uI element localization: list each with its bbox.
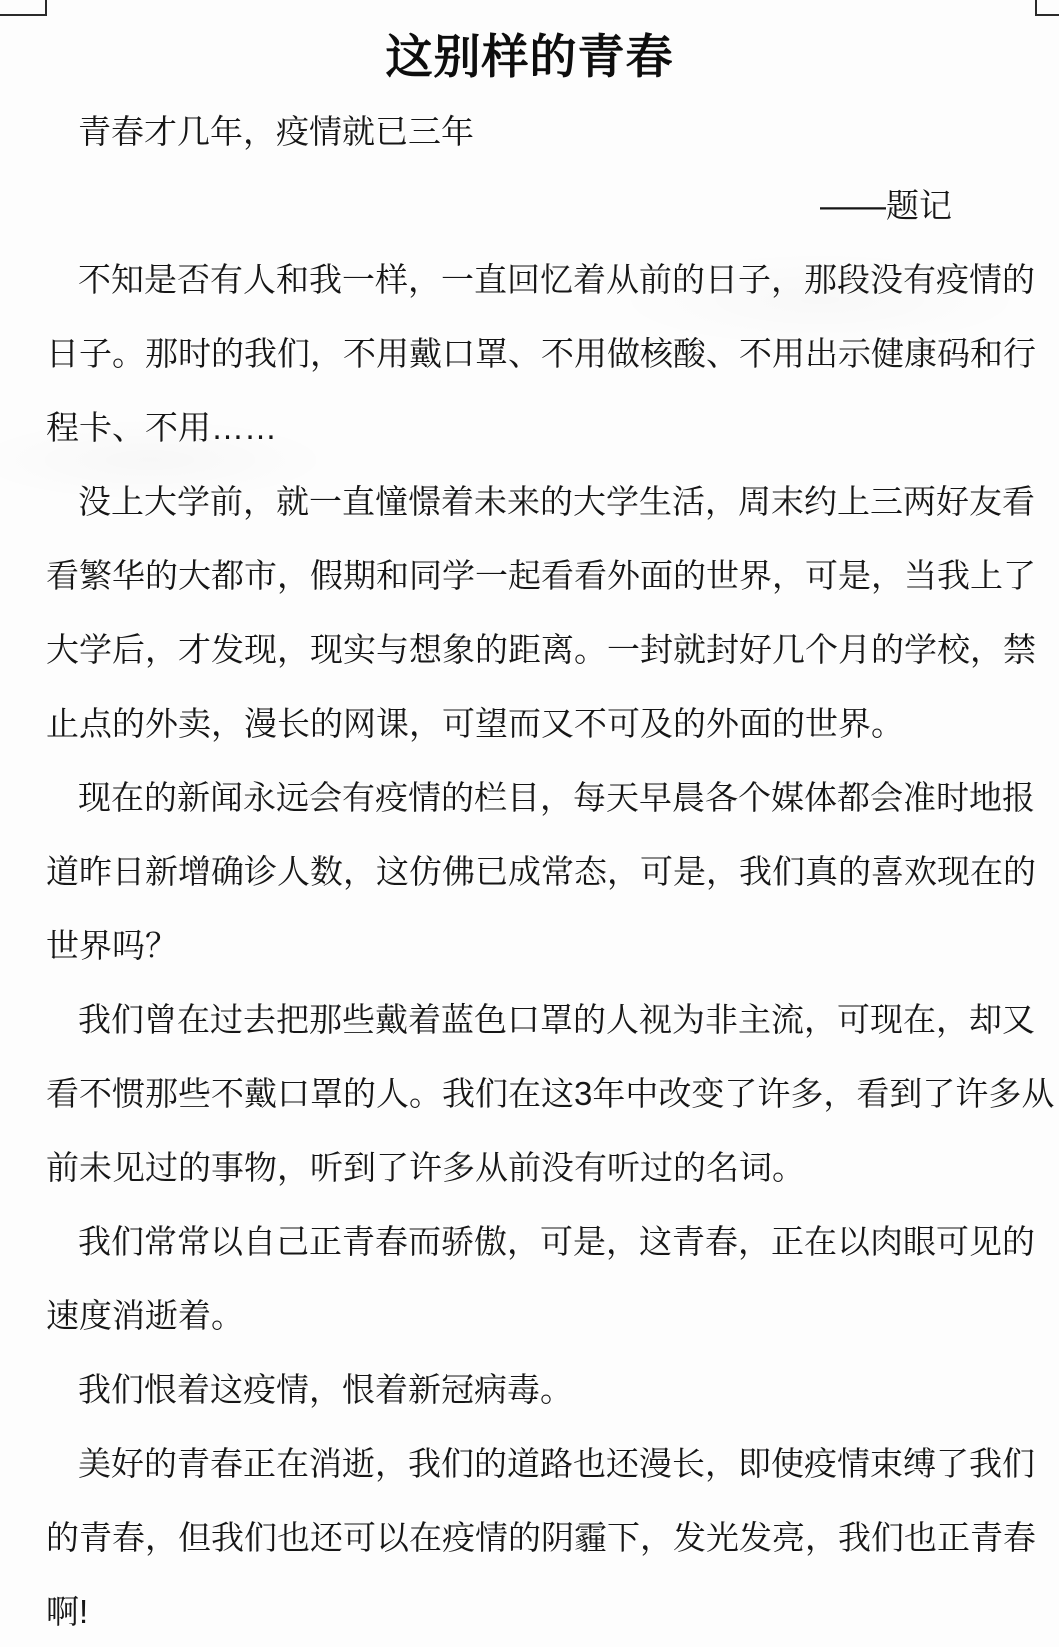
essay-line: 止点的外卖，漫长的网课，可望而又不可及的外面的世界。: [46, 687, 1036, 761]
essay-line: 的青春，但我们也还可以在疫情的阴霾下，发光发亮，我们也正青春: [46, 1501, 1036, 1575]
epigraph-text: 青春才几年，疫情就已三年: [46, 95, 1036, 169]
essay-line: 不知是否有人和我一样，一直回忆着从前的日子，那段没有疫情的: [46, 243, 1036, 317]
essay-line: 我们恨着这疫情，恨着新冠病毒。: [46, 1353, 1036, 1427]
essay-line: 日子。那时的我们，不用戴口罩、不用做核酸、不用出示健康码和行: [46, 317, 1036, 391]
essay-line: 世界吗？: [46, 909, 1036, 983]
epigraph-signature: ——题记: [46, 169, 1036, 243]
essay-line: 美好的青春正在消逝，我们的道路也还漫长，即使疫情束缚了我们: [46, 1427, 1036, 1501]
essay-body: 青春才几年，疫情就已三年 ——题记 不知是否有人和我一样，一直回忆着从前的日子，…: [46, 95, 1036, 1647]
essay-line: 没上大学前，就一直憧憬着未来的大学生活，周末约上三两好友看: [46, 465, 1036, 539]
essay-title: 这别样的青春: [0, 20, 1059, 94]
essay-line: 我们常常以自己正青春而骄傲，可是，这青春，正在以肉眼可见的: [46, 1205, 1036, 1279]
essay-line: 前未见过的事物，听到了许多从前没有听过的名词。: [46, 1131, 1036, 1205]
essay-line: 大学后，才发现，现实与想象的距离。一封就封好几个月的学校，禁: [46, 613, 1036, 687]
essay-line: 看繁华的大都市，假期和同学一起看看外面的世界，可是，当我上了: [46, 539, 1036, 613]
essay-line: 啊!: [46, 1575, 1036, 1647]
essay-page: 这别样的青春 青春才几年，疫情就已三年 ——题记 不知是否有人和我一样，一直回忆…: [0, 0, 1059, 1647]
page-corner-mark-top-right: [1035, 0, 1059, 16]
essay-line: 程卡、不用……: [46, 391, 1036, 465]
page-corner-mark-top-left: [0, 0, 47, 16]
essay-line: 道昨日新增确诊人数，这仿佛已成常态，可是，我们真的喜欢现在的: [46, 835, 1036, 909]
essay-line: 我们曾在过去把那些戴着蓝色口罩的人视为非主流，可现在，却又: [46, 983, 1036, 1057]
essay-line: 速度消逝着。: [46, 1279, 1036, 1353]
essay-line: 看不惯那些不戴口罩的人。我们在这3年中改变了许多，看到了许多从: [46, 1057, 1036, 1131]
essay-line: 现在的新闻永远会有疫情的栏目，每天早晨各个媒体都会准时地报: [46, 761, 1036, 835]
